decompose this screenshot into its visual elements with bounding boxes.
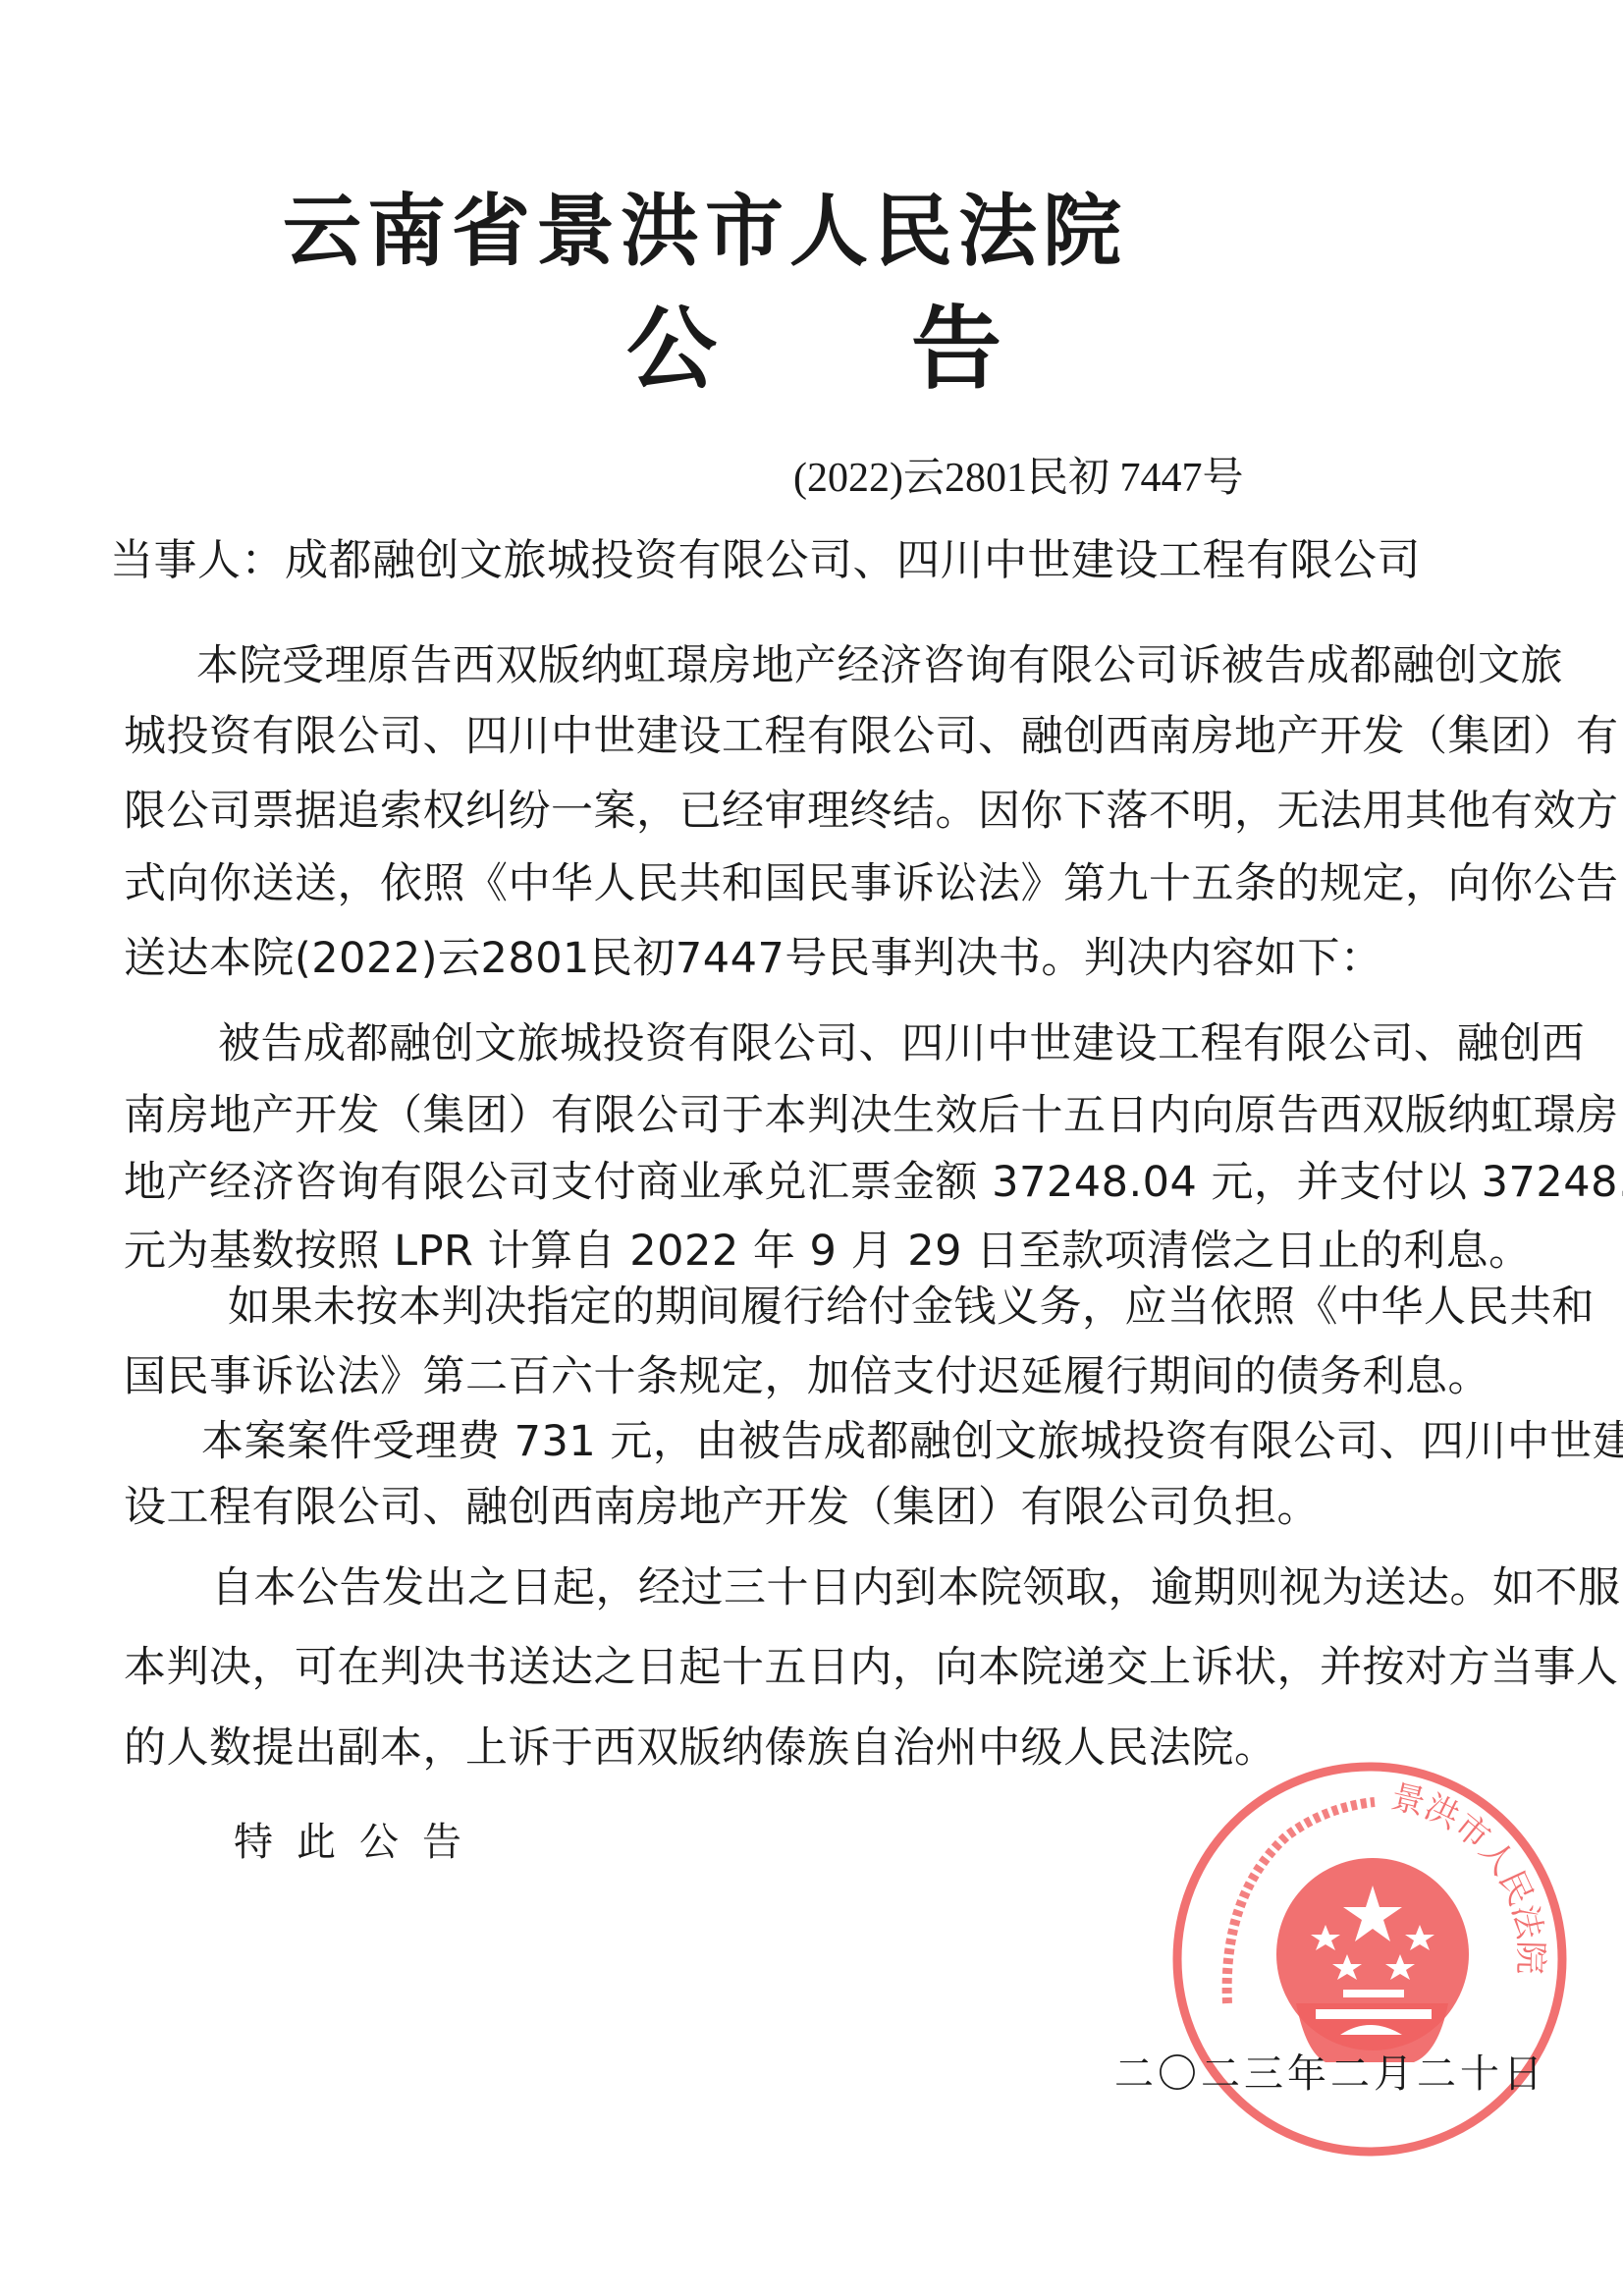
paragraph-line: 国民事诉讼法》第二百六十条规定，加倍支付迟延履行期间的债务利息。 [124,1351,1490,1402]
paragraph-line: 地产经济咨询有限公司支付商业承兑汇票金额 37248.04 元，并支付以 372… [124,1157,1623,1208]
paragraph-line: 本院受理原告西双版纳虹璟房地产经济咨询有限公司诉被告成都融创文旅 [196,640,1563,691]
closing-text: 特此公告 [234,1817,485,1868]
paragraph-line: 元为基数按照 LPR 计算自 2022 年 9 月 29 日至款项清偿之日止的利… [124,1226,1532,1277]
paragraph-line: 自本公告发出之日起，经过三十日内到本院领取，逾期则视为送达。如不服 [211,1562,1621,1613]
paragraph-line: 如果未按本判决指定的期间履行给付金钱义务，应当依照《中华人民共和 [228,1282,1595,1333]
notice-title-char-1: 公 [626,300,717,398]
paragraph-line: 设工程有限公司、融创西南房地产开发（集团）有限公司负担。 [124,1482,1320,1533]
paragraph-line: 城投资有限公司、四川中世建设工程有限公司、融创西南房地产开发（集团）有 [124,711,1619,762]
notice-title-char-2: 告 [911,300,1001,398]
paragraph-line: 本判决，可在判决书送达之日起十五日内，向本院递交上诉状，并按对方当事人 [124,1642,1619,1693]
paragraph-line: 式向你送送，依照《中华人民共和国民事诉讼法》第九十五条的规定，向你公告 [124,858,1619,909]
paragraph-line: 被告成都融创文旅城投资有限公司、四川中世建设工程有限公司、融创西 [218,1018,1585,1069]
issue-date: 二〇二三年二月二十日 [1114,2049,1546,2100]
court-seal-icon: 景洪市人民法院 [1168,1758,1571,2160]
paragraph-line: 本案案件受理费 731 元，由被告成都融创文旅城投资有限公司、四川中世建 [201,1416,1623,1467]
paragraph-line: 限公司票据追索权纠纷一案，已经审理终结。因你下落不明，无法用其他有效方 [124,786,1619,837]
paragraph-line: 送达本院(2022)云2801民初7447号民事判决书。判决内容如下： [124,933,1382,984]
party-line: 当事人：成都融创文旅城投资有限公司、四川中世建设工程有限公司 [110,535,1421,586]
paragraph-line: 南房地产开发（集团）有限公司于本判决生效后十五日内向原告西双版纳虹璟房 [124,1090,1619,1141]
paragraph-line: 的人数提出副本，上诉于西双版纳傣族自治州中级人民法院。 [124,1722,1277,1774]
court-name-title: 云南省景洪市人民法院 [283,187,1127,275]
case-number: (2022)云2801民初 7447号 [793,454,1243,503]
